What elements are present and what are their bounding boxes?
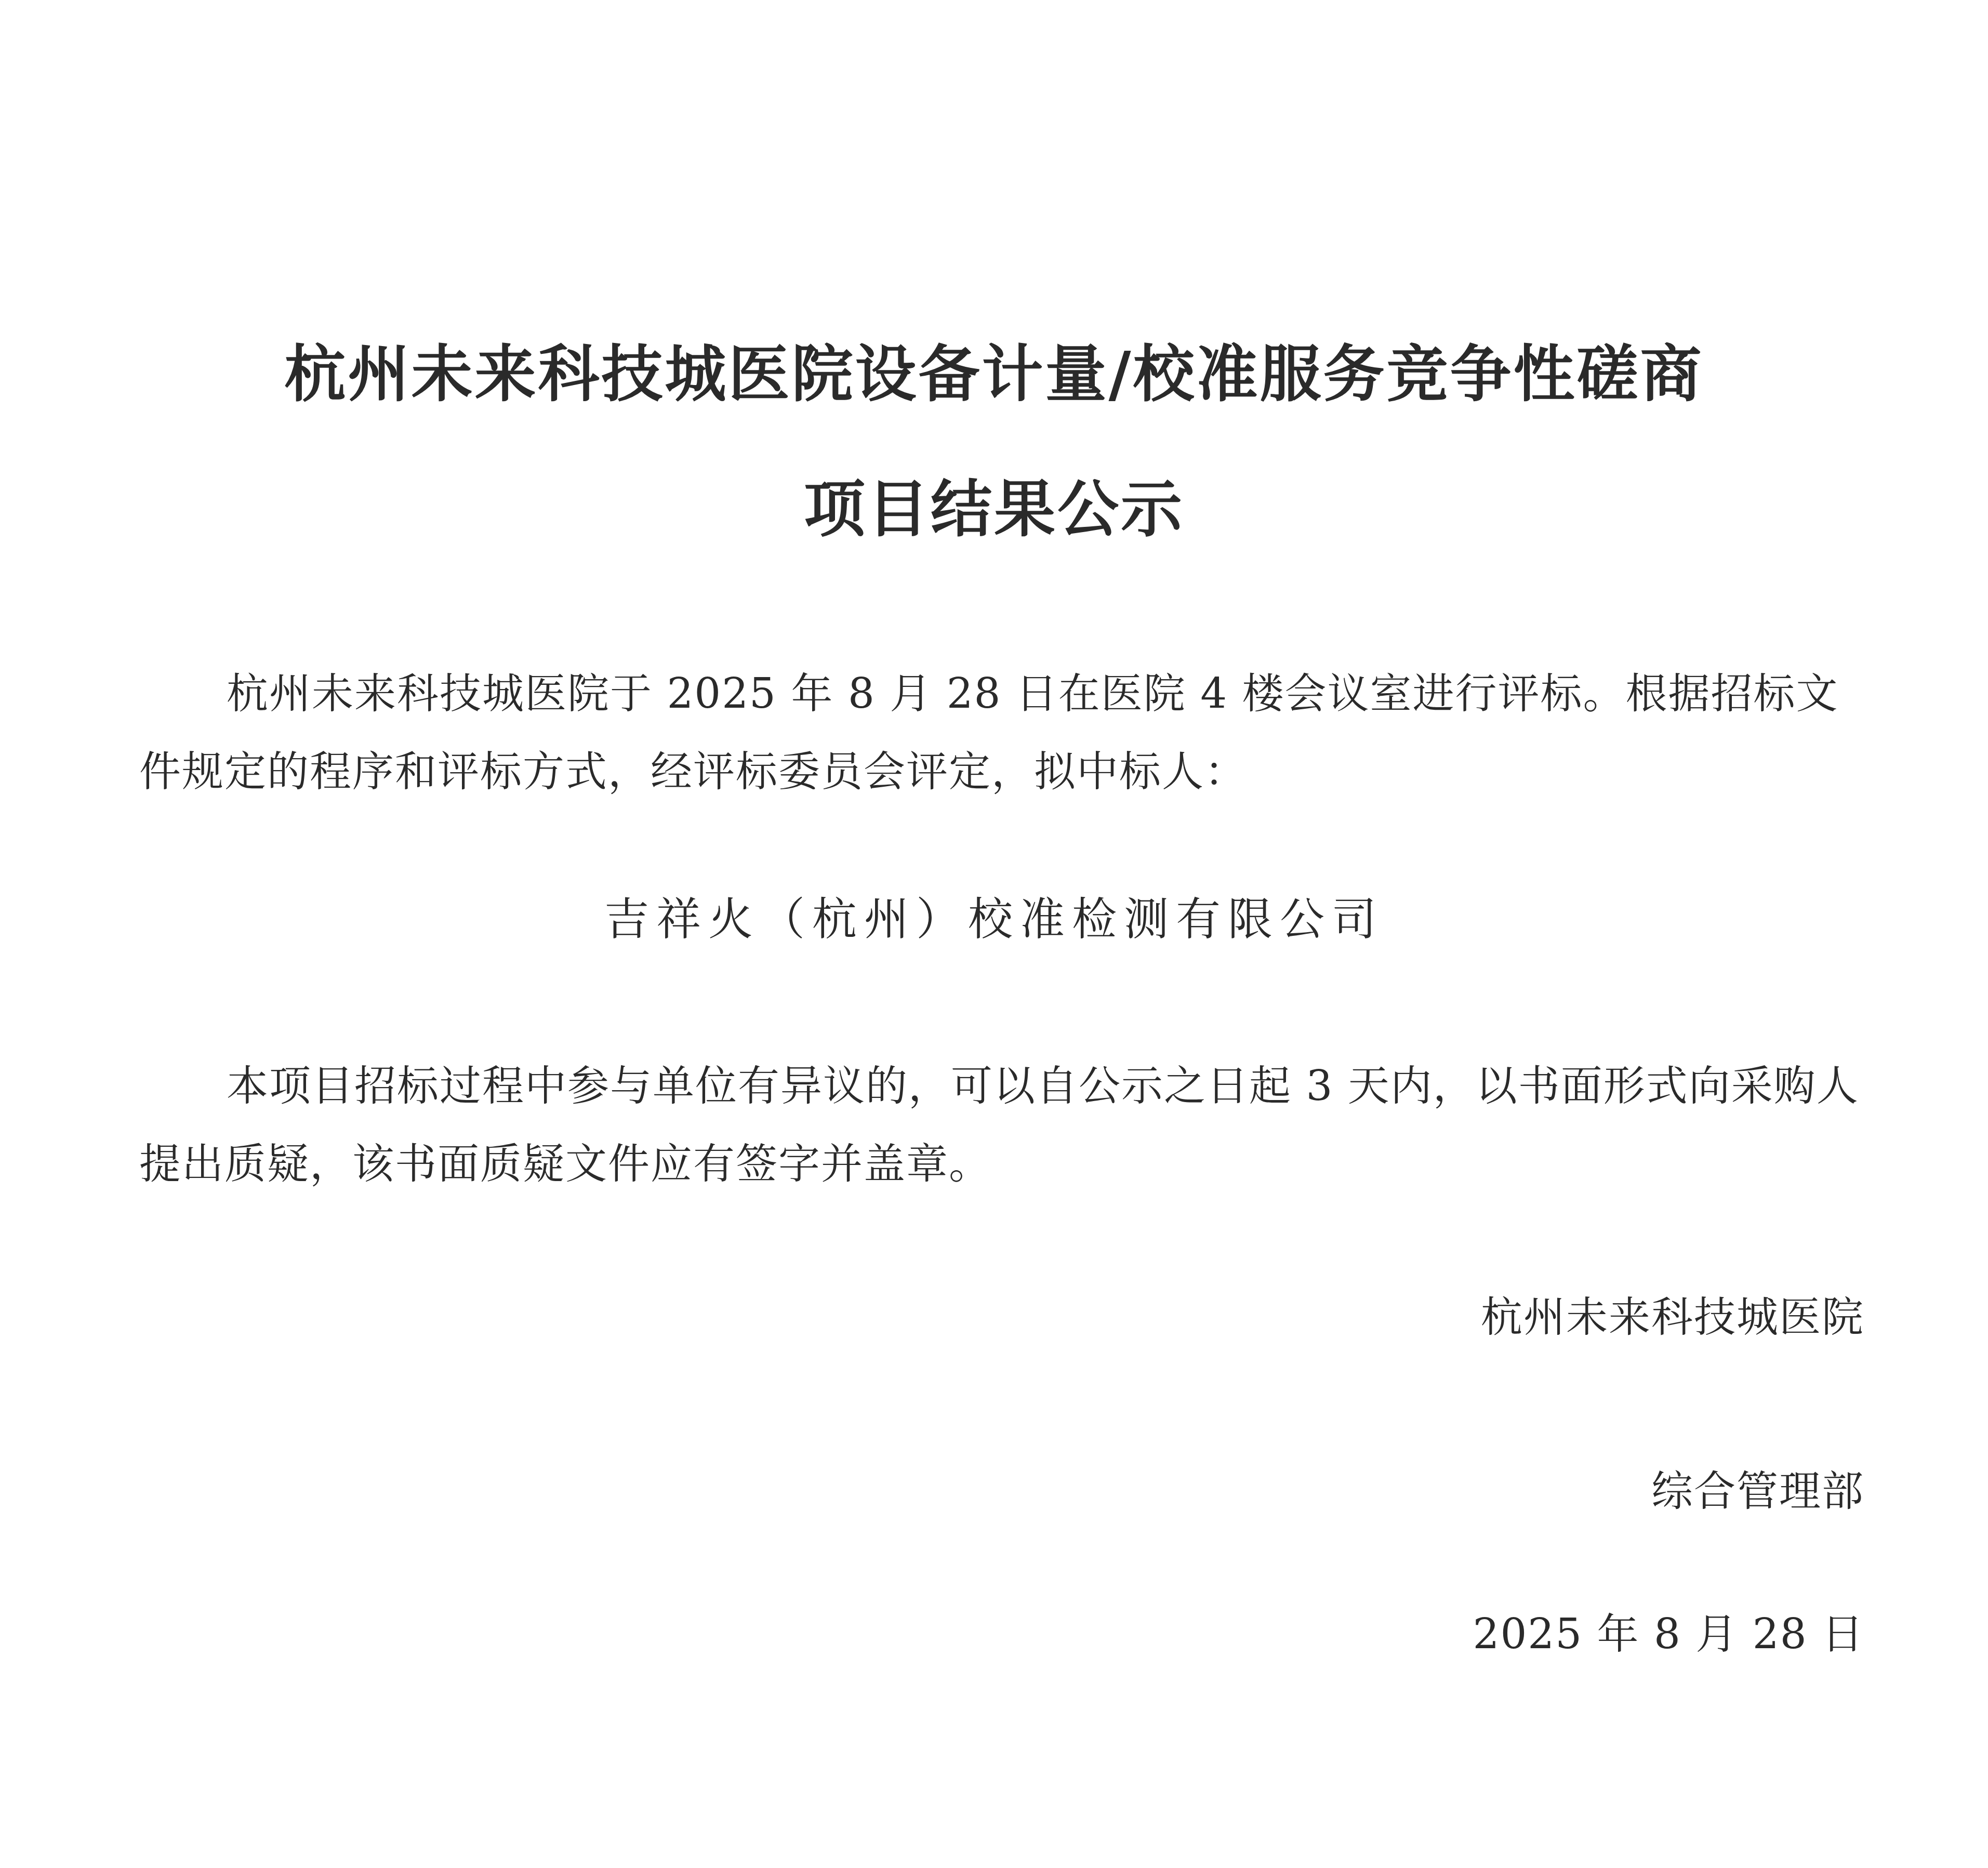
document-title-line-1: 杭州未来科技城医院设备计量/校准服务竞争性磋商 — [0, 325, 1988, 413]
document-title-line-2: 项目结果公示 — [0, 460, 1988, 548]
signature-department: 综合管理部 — [1651, 1458, 1864, 1517]
signature-organization: 杭州未来科技城医院 — [1481, 1283, 1864, 1343]
winning-bidder-name: 吉祥火（杭州）校准检测有限公司 — [0, 883, 1988, 948]
objection-notice-paragraph: 本项目招标过程中参与单位有异议的，可以自公示之日起 3 天内，以书面形式向采购人… — [139, 1047, 1864, 1203]
announcement-paragraph: 杭州未来科技城医院于 2025 年 8 月 28 日在医院 4 楼会议室进行评标… — [139, 655, 1864, 811]
document-page: 杭州未来科技城医院设备计量/校准服务竞争性磋商 项目结果公示 杭州未来科技城医院… — [0, 0, 1988, 1868]
signature-date: 2025 年 8 月 28 日 — [1473, 1600, 1864, 1660]
